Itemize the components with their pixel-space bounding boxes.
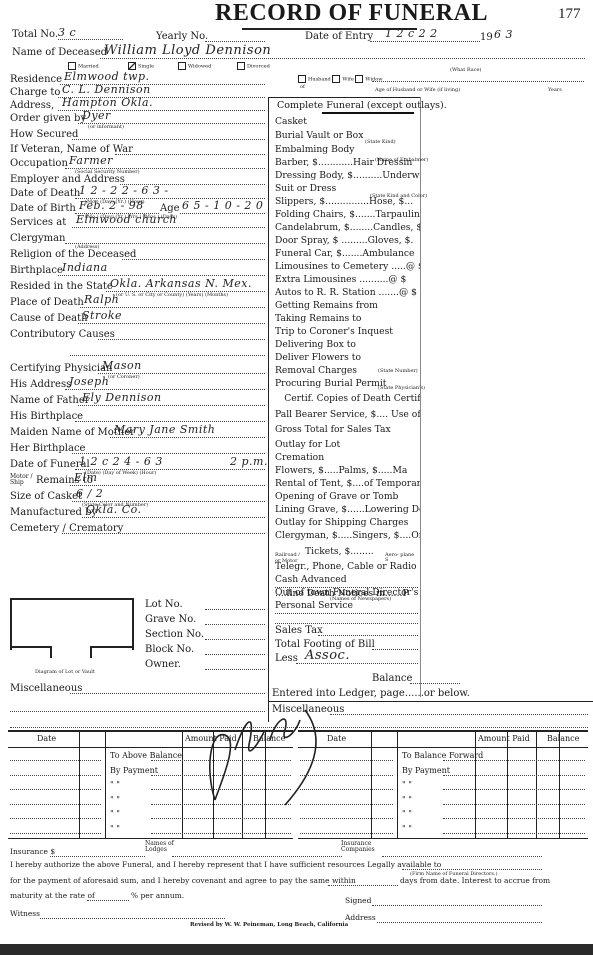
- charge-item[interactable]: Burial Vault or Box: [275, 131, 420, 140]
- field-label: Place of Death: [10, 298, 84, 308]
- charges-column-border: [268, 97, 269, 722]
- charge-item[interactable]: Cremation: [275, 453, 420, 462]
- insurance-companies-field[interactable]: [382, 847, 542, 857]
- days-field[interactable]: [328, 876, 398, 886]
- payment-date-field[interactable]: [10, 825, 101, 834]
- scan-edge: [0, 944, 593, 955]
- field-input[interactable]: [72, 444, 265, 454]
- authorization-line-2: for the payment of aforesaid sum, and I …: [10, 877, 356, 885]
- witness-field[interactable]: [40, 909, 225, 919]
- diagram-base-left: [10, 646, 50, 648]
- field-value: 1 2 - 2 2 - 6 3 -: [79, 185, 169, 196]
- checkbox-wife[interactable]: [332, 75, 340, 83]
- name-of-deceased-label: Name of Deceased: [12, 48, 107, 58]
- checkbox-married[interactable]: [68, 62, 76, 70]
- table-bottom-border: [298, 838, 588, 839]
- table-column-rule: [105, 730, 106, 838]
- field-value: 1 2 c 2 4 - 6 3: [79, 456, 163, 467]
- lot-field-label: Lot No.: [145, 600, 183, 610]
- years-label: Years: [548, 88, 562, 93]
- field-value: Okla. Arkansas N. Mex.: [110, 278, 252, 289]
- payment-row-label: " ": [402, 796, 412, 804]
- payment-amount-field[interactable]: [443, 825, 585, 834]
- less-label: Less: [275, 654, 298, 664]
- payment-row-label: " ": [110, 825, 120, 833]
- field-label: Date of Birth: [10, 204, 76, 214]
- marital-divorced[interactable]: Divorced: [237, 62, 270, 70]
- field-label: Address,: [10, 101, 54, 111]
- balance-label: Balance: [372, 674, 412, 684]
- table-bottom-border: [8, 838, 293, 839]
- field-label: Birthplace: [10, 266, 63, 276]
- charge-item[interactable]: Door Spray, $ .........Gloves, $.: [275, 236, 420, 245]
- checkbox-husband[interactable]: [298, 75, 306, 83]
- total-footing-field[interactable]: [372, 640, 418, 650]
- balance-field[interactable]: [410, 674, 460, 684]
- charge-item[interactable]: Gross Total for Sales Tax: [275, 425, 420, 434]
- charge-item[interactable]: Autos to R. R. Station .......@ $: [275, 288, 420, 297]
- days-from-date: days from date. Interest to accrue from: [400, 877, 550, 885]
- name-of-deceased-value: William Lloyd Dennison: [104, 44, 271, 57]
- charge-item[interactable]: Folding Chairs, $.......Tarpaulin,: [275, 210, 420, 219]
- col-header-date: Date: [37, 735, 56, 743]
- note-names-newspapers: (Names of Newspapers): [330, 597, 391, 602]
- handwritten-signature: [195, 690, 335, 830]
- field-value: Indiana: [62, 262, 108, 273]
- signed-label: Signed: [345, 897, 371, 905]
- address-label: Address: [345, 914, 376, 922]
- age-value: 6 5 - 1 0 - 2 0: [182, 200, 263, 211]
- payment-amount-field[interactable]: [443, 752, 585, 761]
- interest-rate-field[interactable]: [87, 891, 129, 901]
- note-state-kind-color: (State Kind and Color): [370, 194, 427, 199]
- motor-ship-label: Motor / Ship: [10, 474, 34, 486]
- marital-widowed[interactable]: Widowed: [178, 62, 211, 70]
- charges-top-border: [268, 97, 420, 98]
- field-label: Religion of the Deceased: [10, 250, 136, 260]
- charge-item[interactable]: Trip to Coroner's Inquest: [275, 327, 420, 336]
- payment-row-label: " ": [110, 781, 120, 789]
- address-field[interactable]: [377, 913, 542, 923]
- lot-field-input[interactable]: [205, 615, 265, 625]
- note-state-physician: (State Physician's): [378, 386, 425, 391]
- field-input[interactable]: [98, 330, 265, 340]
- date-of-entry-label: Date of Entry: [305, 32, 373, 42]
- note-state-kind: (State Kind): [365, 140, 396, 145]
- payment-date-field[interactable]: [10, 796, 101, 805]
- lot-field-input[interactable]: [205, 630, 265, 640]
- note-name-embalmer: (Name of Embalmer): [375, 158, 428, 163]
- charge-item[interactable]: Embalming Body: [275, 145, 420, 154]
- complete-funeral-underline: [322, 112, 414, 114]
- insurance-companies-label: Insurance Companies: [341, 841, 381, 853]
- marital-single[interactable]: Single: [128, 62, 154, 70]
- checkbox-widow[interactable]: [355, 75, 363, 83]
- charge-item[interactable]: Extra Limousines ..........@ $: [275, 275, 420, 284]
- witness-label: Witness: [10, 910, 40, 918]
- note-railroad-motor: Railroad / or Motor: [275, 553, 305, 564]
- year-value: 6 3: [494, 29, 513, 40]
- signed-field[interactable]: [372, 896, 542, 906]
- table-top-border: [298, 730, 588, 732]
- checkbox-divorced[interactable]: [237, 62, 245, 70]
- charge-item[interactable]: Pall Bearer Service, $.... Use of C: [275, 410, 420, 419]
- field-value: Farmer: [69, 155, 113, 166]
- lodges-field[interactable]: [172, 847, 342, 857]
- total-no-value: 3 c: [58, 27, 76, 38]
- field-label: Services at: [10, 218, 66, 228]
- payment-row-label: " ": [110, 810, 120, 818]
- field-value: 6 / 2: [76, 488, 103, 499]
- sales-tax-field[interactable]: [318, 626, 418, 636]
- less-value: Assoc.: [305, 649, 350, 662]
- checkbox-single[interactable]: [128, 62, 136, 70]
- year-prefix: 19: [480, 33, 493, 43]
- lot-field-input[interactable]: [205, 660, 265, 670]
- charge-item[interactable]: Getting Remains from: [275, 301, 420, 310]
- lot-field-label: Block No.: [145, 645, 194, 655]
- charge-item[interactable]: Taking Remains to: [275, 314, 420, 323]
- field-value: Ralph: [84, 294, 119, 305]
- field-input[interactable]: [70, 346, 265, 356]
- insurance-field[interactable]: [50, 847, 145, 857]
- lodges-label: Names of Lodges: [145, 841, 175, 853]
- funeral-hour-value: 2 p.m.: [230, 456, 268, 467]
- diagram-post-right: [90, 646, 92, 658]
- per-annum: % per annum.: [131, 892, 184, 900]
- charge-blank-line[interactable]: [275, 578, 418, 588]
- lot-field-label: Grave No.: [145, 615, 196, 625]
- payment-row-label: " ": [402, 781, 412, 789]
- lot-field-input[interactable]: [205, 645, 265, 655]
- payment-amount-field[interactable]: [443, 781, 585, 790]
- payment-row-label: " ": [110, 796, 120, 804]
- diagram-caption: Diagram of Lot or Vault: [35, 670, 95, 675]
- field-input[interactable]: [62, 524, 265, 534]
- field-value: Elmwood twp.: [64, 71, 150, 82]
- col-header-balance: Balance: [547, 735, 579, 743]
- diagram-base-right: [90, 646, 132, 648]
- charges-right-border: [420, 97, 421, 697]
- firm-name-field[interactable]: [402, 860, 542, 870]
- charge-item[interactable]: Funeral Car, $.......Ambulance: [275, 249, 420, 258]
- age-spouse-field[interactable]: [372, 72, 584, 82]
- page-number: 177: [558, 6, 581, 23]
- field-input[interactable]: [65, 234, 265, 244]
- revised-by-credit: Revised by W. W. Peineman, Long Beach, C…: [190, 923, 348, 929]
- charge-item[interactable]: Outlay for Lot: [275, 440, 420, 449]
- field-input[interactable]: [70, 476, 265, 486]
- charge-item[interactable]: Suit or Dress: [275, 184, 420, 193]
- field-value: Joseph: [69, 376, 109, 387]
- field-label: How Secured: [10, 130, 78, 140]
- insurance-label: Insurance $: [10, 848, 55, 856]
- field-label: Date of Death: [10, 189, 80, 199]
- payment-amount-field[interactable]: [443, 767, 585, 776]
- col-header-amount-paid: Amount Paid: [478, 735, 530, 743]
- authorization-line-1: I hereby authorize the above Funeral, an…: [10, 861, 441, 869]
- checkbox-widowed[interactable]: [178, 62, 186, 70]
- field-label: Order given by: [10, 114, 86, 124]
- field-value: C. L. Dennison: [62, 84, 151, 95]
- field-value: Mary Jane Smith: [114, 424, 215, 435]
- payment-date-field[interactable]: [10, 781, 101, 790]
- total-no-label: Total No.: [12, 30, 58, 40]
- payment-row-label: " ": [402, 825, 412, 833]
- charge-item[interactable]: Candelabrum, $........Candles, $: [275, 223, 420, 232]
- lot-field-label: Section No.: [145, 630, 204, 640]
- charge-item[interactable]: __Certif. Copies of Death Certificat: [275, 394, 420, 403]
- field-value: Stroke: [82, 310, 122, 321]
- charge-item[interactable]: Clergyman, $.....Singers, $....Or: [275, 531, 420, 540]
- field-label: Residence: [10, 75, 62, 85]
- charge-item[interactable]: Rental of Tent, $....of Temporary: [275, 479, 420, 488]
- field-input[interactable]: [122, 250, 265, 260]
- charge-blank-line[interactable]: [275, 604, 418, 614]
- lot-diagram: [10, 598, 134, 650]
- note-state-number: (State Number): [378, 369, 418, 374]
- lot-field-input[interactable]: [205, 600, 265, 610]
- diagram-post-left: [50, 646, 52, 658]
- field-label: Clergyman: [10, 234, 65, 244]
- field-value: Mason: [102, 360, 142, 371]
- yearly-no-label: Yearly No.: [156, 32, 208, 42]
- field-value: Hampton Okla.: [62, 97, 153, 108]
- charge-item[interactable]: Dressing Body, $..........Underw: [275, 171, 420, 180]
- spouse-options[interactable]: Husband Wife Widow: [298, 75, 383, 83]
- note-aeroplane: Aero- plane S: [385, 553, 415, 563]
- complete-funeral-header: Complete Funeral (except outlays).: [277, 101, 447, 111]
- table-header-border: [298, 747, 588, 748]
- charge-blank-line[interactable]: [275, 614, 418, 624]
- charge-item[interactable]: Outlay for Shipping Charges: [275, 518, 420, 527]
- authorization-line-3: maturity at the rate of: [10, 892, 95, 900]
- field-input[interactable]: [72, 130, 265, 140]
- page-title: RECORD OF FUNERAL: [215, 0, 488, 27]
- marital-married[interactable]: Married: [68, 62, 99, 70]
- field-label: Resided in the State: [10, 282, 113, 292]
- payment-amount-field[interactable]: [443, 810, 585, 819]
- charge-item[interactable]: Delivering Box to: [275, 340, 420, 349]
- table-column-rule: [397, 730, 398, 838]
- sales-tax-label: Sales Tax: [275, 626, 323, 636]
- field-label: Cause of Death: [10, 314, 88, 324]
- field-value: Elmwood church: [76, 214, 177, 225]
- field-value: Ely Dennison: [82, 392, 162, 403]
- charge-item[interactable]: Limousines to Cemetery .....@ $: [275, 262, 420, 271]
- right-miscellaneous-field[interactable]: [330, 705, 588, 715]
- yearly-no-field[interactable]: [205, 32, 265, 42]
- charge-item[interactable]: Tickets, $........: [305, 547, 450, 556]
- charge-item[interactable]: Lining Grave, $......Lowering De: [275, 505, 420, 514]
- field-value: Feb. 2 - 98: [79, 200, 144, 211]
- charge-item[interactable]: Opening of Grave or Tomb: [275, 492, 420, 501]
- charge-item[interactable]: Flowers, $.....Palms, $.....Ma: [275, 466, 420, 475]
- payment-row-label: " ": [402, 810, 412, 818]
- charge-item[interactable]: Casket: [275, 117, 420, 126]
- field-label: Charge to: [10, 88, 60, 98]
- lot-field-label: Owner.: [145, 660, 181, 670]
- payment-date-field[interactable]: [10, 752, 101, 761]
- payment-date-field[interactable]: [10, 810, 101, 819]
- age-spouse-label: Age of Husband or Wife (if living): [375, 88, 460, 93]
- field-label: His Address: [10, 380, 71, 390]
- spouse-of-label: of: [300, 85, 305, 90]
- field-value: Dyer: [82, 110, 111, 121]
- field-label: His Birthplace: [10, 412, 83, 422]
- field-value: Elm: [74, 472, 97, 483]
- charge-item[interactable]: Deliver Flowers to: [275, 353, 420, 362]
- payment-amount-field[interactable]: [443, 796, 585, 805]
- date-of-entry-value: 1 2 c 2 2: [385, 28, 438, 39]
- field-label: Occupation: [10, 159, 68, 169]
- field-input[interactable]: [75, 412, 265, 422]
- field-value: Okla. Co.: [86, 504, 142, 515]
- field-input[interactable]: [115, 145, 265, 155]
- payment-date-field[interactable]: [10, 767, 101, 776]
